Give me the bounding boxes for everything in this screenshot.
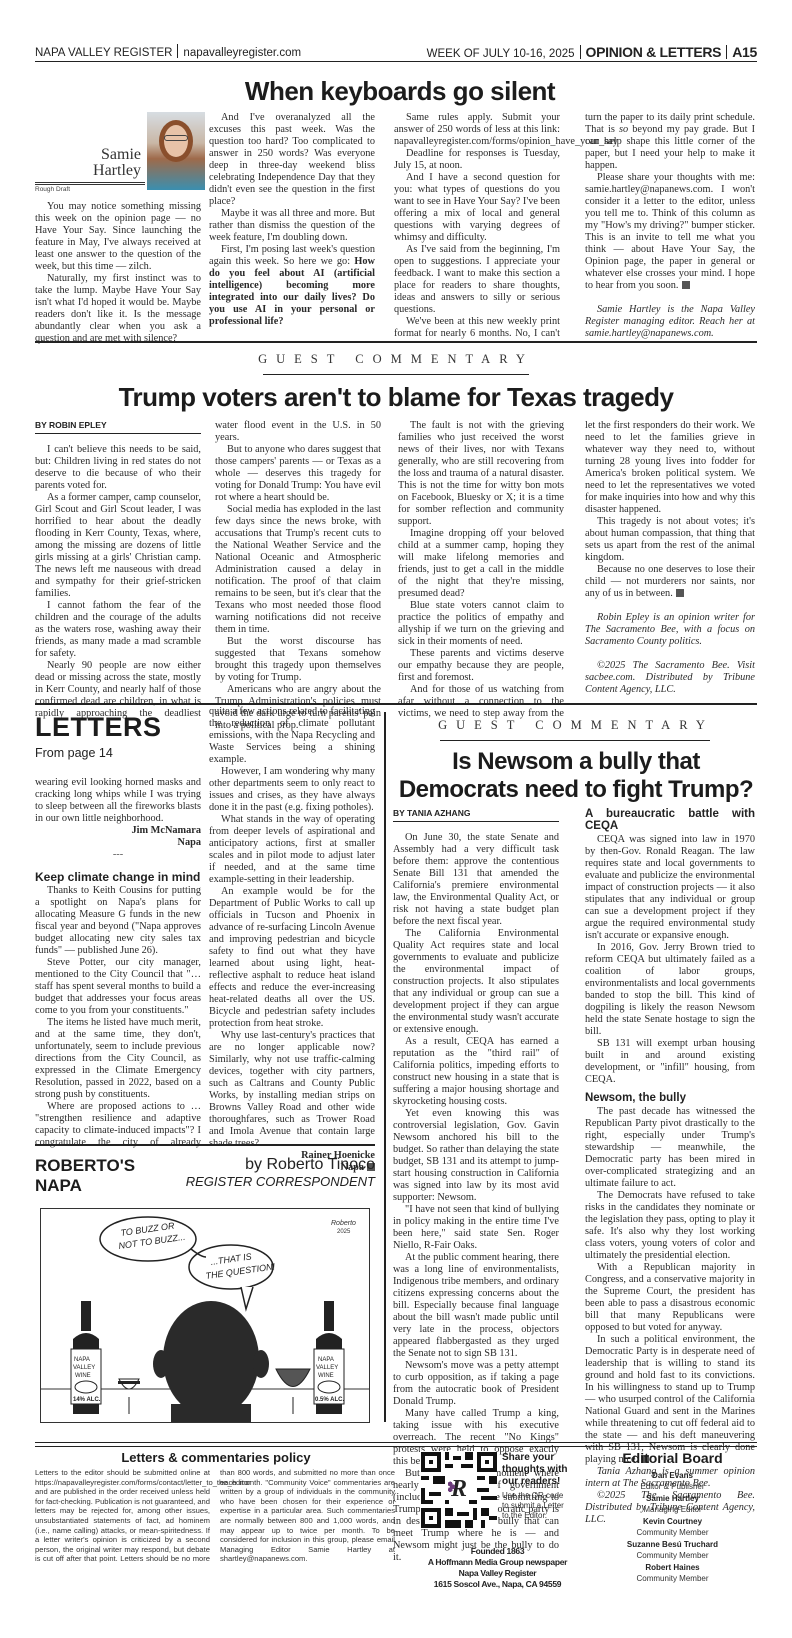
svg-text:WINE: WINE [318, 1373, 334, 1379]
paragraph: Why use last-century's practices that ar… [209, 1030, 375, 1150]
svg-text:0.5% ALC.: 0.5% ALC. [315, 1397, 344, 1403]
qr-callout: Share your thoughts with our readers! Us… [502, 1452, 572, 1521]
copyright: ©2025 The Sacramento Bee. Visit sacbee.c… [585, 660, 755, 695]
kicker-rule [440, 740, 710, 741]
letter-signature-city: Napa [35, 837, 201, 849]
svg-text:WINE: WINE [75, 1373, 91, 1379]
commentary1-col2: water flood event in the U.S. in 50 year… [215, 420, 381, 732]
paragraph: In 2016, Gov. Jerry Brown tried to refor… [585, 942, 755, 1038]
letters-title: LETTERS [35, 712, 162, 743]
author-tagline: Samie Hartley is the Napa Valley Registe… [585, 304, 755, 339]
page-number: A15 [732, 44, 757, 60]
paragraph: wearing evil looking horned masks and cr… [35, 777, 201, 825]
commentary1-title: Trump voters aren't to blame for Texas t… [35, 382, 757, 413]
paragraph: I can't believe this needs to be said, b… [35, 444, 201, 492]
board-member-name: Samie Hartley [590, 1493, 755, 1504]
commentary2-col2: A bureaucratic battle with CEQA CEQA was… [585, 808, 755, 1526]
column1-col3: Same rules apply. Submit your answer of … [394, 112, 560, 340]
site-link[interactable]: napavalleyregister.com [183, 47, 301, 59]
column1-col4: turn the paper to its daily print schedu… [585, 112, 755, 340]
svg-text:14% ALC.: 14% ALC. [73, 1397, 101, 1403]
paragraph: The past decade has witnessed the Republ… [585, 1106, 755, 1190]
paragraph: Maybe it was all three and more. But rat… [209, 208, 375, 244]
paragraph: But the worst discourse has suggested th… [215, 636, 381, 684]
paragraph: First, I'm posing last week's question a… [209, 244, 375, 328]
paragraph: At the public comment hearing, there was… [393, 1252, 559, 1360]
section-divider [35, 341, 757, 343]
paragraph: Newsom's move was a petty attempt to cur… [393, 1360, 559, 1408]
paragraph: What stands in the way of operating from… [209, 814, 375, 886]
column1-col2: And I've overanalyzed all the excuses th… [209, 112, 375, 328]
paragraph: We've been at this new weekly print form… [394, 316, 560, 340]
author-tagline: Robin Epley is an opinion writer for The… [585, 612, 755, 647]
cartoon-divider [35, 1144, 375, 1146]
paragraph: Blue state voters cannot claim to practi… [398, 600, 564, 648]
svg-text:VALLEY: VALLEY [316, 1365, 338, 1371]
paragraph: And I've overanalyzed all the excuses th… [209, 112, 375, 208]
paragraph: quite a few actions related to facilitat… [209, 706, 375, 766]
svg-text:2025: 2025 [337, 1229, 351, 1235]
paragraph: Where are proposed actions to … "strengt… [35, 1101, 201, 1149]
column1-col1: You may notice something missing this we… [35, 201, 201, 345]
svg-text:NAPA: NAPA [74, 1357, 90, 1363]
paragraph: This tragedy is not about votes; it's ab… [585, 516, 755, 564]
editorial-board: Editorial Board Dan Evans Editor & Publi… [590, 1450, 755, 1585]
paragraph: Thanks to Keith Cousins for putting a sp… [35, 885, 201, 957]
section-divider [35, 703, 757, 705]
board-member-name: Kevin Courtney [590, 1516, 755, 1527]
commentary1-col4: let the first responders do their work. … [585, 420, 755, 696]
letter-divider: --- [35, 849, 201, 861]
letters-col1: wearing evil looking horned masks and cr… [35, 777, 201, 1149]
board-member-role: Community Member [590, 1527, 755, 1539]
commentary1-col3: The fault is not with the grieving famil… [398, 420, 564, 720]
paragraph: SB 131 will exempt urban housing built i… [585, 1038, 755, 1086]
paragraph: These parents and victims deserve our em… [398, 648, 564, 684]
subhead: A bureaucratic battle with CEQA [585, 808, 755, 832]
paragraph: The Democrats have refused to take risks… [585, 1190, 755, 1262]
paragraph: An example would be for the Department o… [209, 886, 375, 1030]
paragraph: Naturally, my first instinct was to take… [35, 273, 201, 345]
author-first: Samie [93, 147, 141, 163]
paragraph: The items he listed have much merit, and… [35, 1017, 201, 1101]
paragraph: And for those of us watching from afar w… [398, 684, 564, 720]
paragraph: The fault is not with the grieving famil… [398, 420, 564, 528]
paragraph: The California Environmental Quality Act… [393, 928, 559, 1036]
paragraph: Yet even knowing this was controversial … [393, 1108, 559, 1204]
end-mark-icon [682, 281, 690, 289]
board-member-role: Community Member [590, 1550, 755, 1562]
paragraph: water flood event in the U.S. in 50 year… [215, 420, 381, 444]
editorial-cartoon: TO BUZZ OR NOT TO BUZZ... ...THAT IS THE… [40, 1208, 370, 1423]
paragraph: Please share your thoughts with me: sami… [585, 172, 755, 292]
kicker-rule [263, 374, 529, 375]
paragraph: As a result, CEQA has earned a reputatio… [393, 1036, 559, 1108]
letter-headline: Keep climate change in mind [35, 871, 201, 883]
board-member-name: Suzanne Besú Truchard [590, 1539, 755, 1550]
end-mark-icon [676, 589, 684, 597]
letter-signature-name: Jim McNamara [35, 825, 201, 837]
cartoon-title: ROBERTO'SNAPA [35, 1156, 135, 1196]
paragraph: Imagine dropping off your beloved child … [398, 528, 564, 600]
byline: BY TANIA AZHANG [393, 808, 559, 822]
column-rule [384, 712, 386, 1422]
board-member-name: Robert Haines [590, 1562, 755, 1573]
subhead: Newsom, the bully [585, 1092, 755, 1104]
kicker-guest-commentary: GUEST COMMENTARY [395, 718, 757, 733]
paragraph: Same rules apply. Submit your answer of … [394, 112, 560, 148]
paragraph: On June 30, the state Senate and Assembl… [393, 832, 559, 928]
paragraph: Steve Potter, our city manager, mentione… [35, 957, 201, 1017]
paper-name: NAPA VALLEY REGISTER [35, 47, 172, 59]
policy-text: Letters to the editor should be submitte… [35, 1468, 395, 1588]
paragraph: I cannot fathom the fear of the children… [35, 600, 201, 660]
paragraph: However, I am wondering why many other d… [209, 766, 375, 814]
masthead: NAPA VALLEY REGISTERnapavalleyregister.c… [35, 44, 757, 62]
paragraph: But to anyone who dares suggest that tho… [215, 444, 381, 504]
svg-text:VALLEY: VALLEY [73, 1365, 95, 1371]
qr-code[interactable]: R [420, 1451, 496, 1527]
paragraph: And I have a second question for you: wh… [394, 172, 560, 244]
paragraph: let the first responders do their work. … [585, 420, 755, 516]
board-member-role: Editor & Publisher [590, 1481, 755, 1493]
paragraph: Social media has exploded in the last fe… [215, 504, 381, 636]
commentary2-title: Is Newsom a bully that Democrats need to… [390, 748, 762, 804]
svg-text:NAPA: NAPA [318, 1357, 334, 1363]
paragraph: With a Republican majority in Congress, … [585, 1262, 755, 1334]
byline: BY ROBIN EPLEY [35, 420, 201, 434]
paragraph: As a former camper, camp counselor, Girl… [35, 492, 201, 600]
paragraph: Deadline for responses is Tuesday, July … [394, 148, 560, 172]
author-photo [147, 112, 205, 190]
board-member-role: Managing Editor [590, 1504, 755, 1516]
footer-double-rule [35, 1442, 757, 1447]
paragraph: You may notice something missing this we… [35, 201, 201, 273]
paragraph: turn the paper to its daily print schedu… [585, 112, 755, 172]
column-title: When keyboards go silent [200, 76, 600, 107]
board-member-name: Dan Evans [590, 1470, 755, 1481]
cartoon-credit: by Roberto Tinoco REGISTER CORRESPONDENT [160, 1156, 375, 1189]
section-name: OPINION & LETTERS [586, 44, 722, 60]
paragraph: Nearly 90 people are now either dead or … [35, 660, 201, 720]
letters-col2: quite a few actions related to facilitat… [209, 706, 375, 1174]
author-last: Hartley [93, 163, 141, 179]
column-header: Samie Hartley Rough Draft [35, 112, 205, 192]
letters-jump-line: From page 14 [35, 746, 113, 760]
paragraph: "I have not seen that kind of bullying i… [393, 1204, 559, 1252]
kicker-guest-commentary: GUEST COMMENTARY [35, 352, 757, 367]
publisher-info: Founded 1863 A Hoffmann Media Group news… [410, 1546, 585, 1590]
column-name: Rough Draft [35, 186, 70, 193]
paragraph: Because no one deserves to lose their ch… [585, 564, 755, 600]
paragraph: CEQA was signed into law in 1970 by then… [585, 834, 755, 942]
policy-title: Letters & commentaries policy [35, 1450, 397, 1465]
issue-week: WEEK OF JULY 10-16, 2025 [427, 48, 575, 60]
commentary1-col1: BY ROBIN EPLEY I can't believe this need… [35, 420, 201, 720]
svg-text:Roberto: Roberto [331, 1220, 356, 1227]
board-member-role: Community Member [590, 1573, 755, 1585]
paragraph: As I've said from the beginning, I'm ope… [394, 244, 560, 316]
